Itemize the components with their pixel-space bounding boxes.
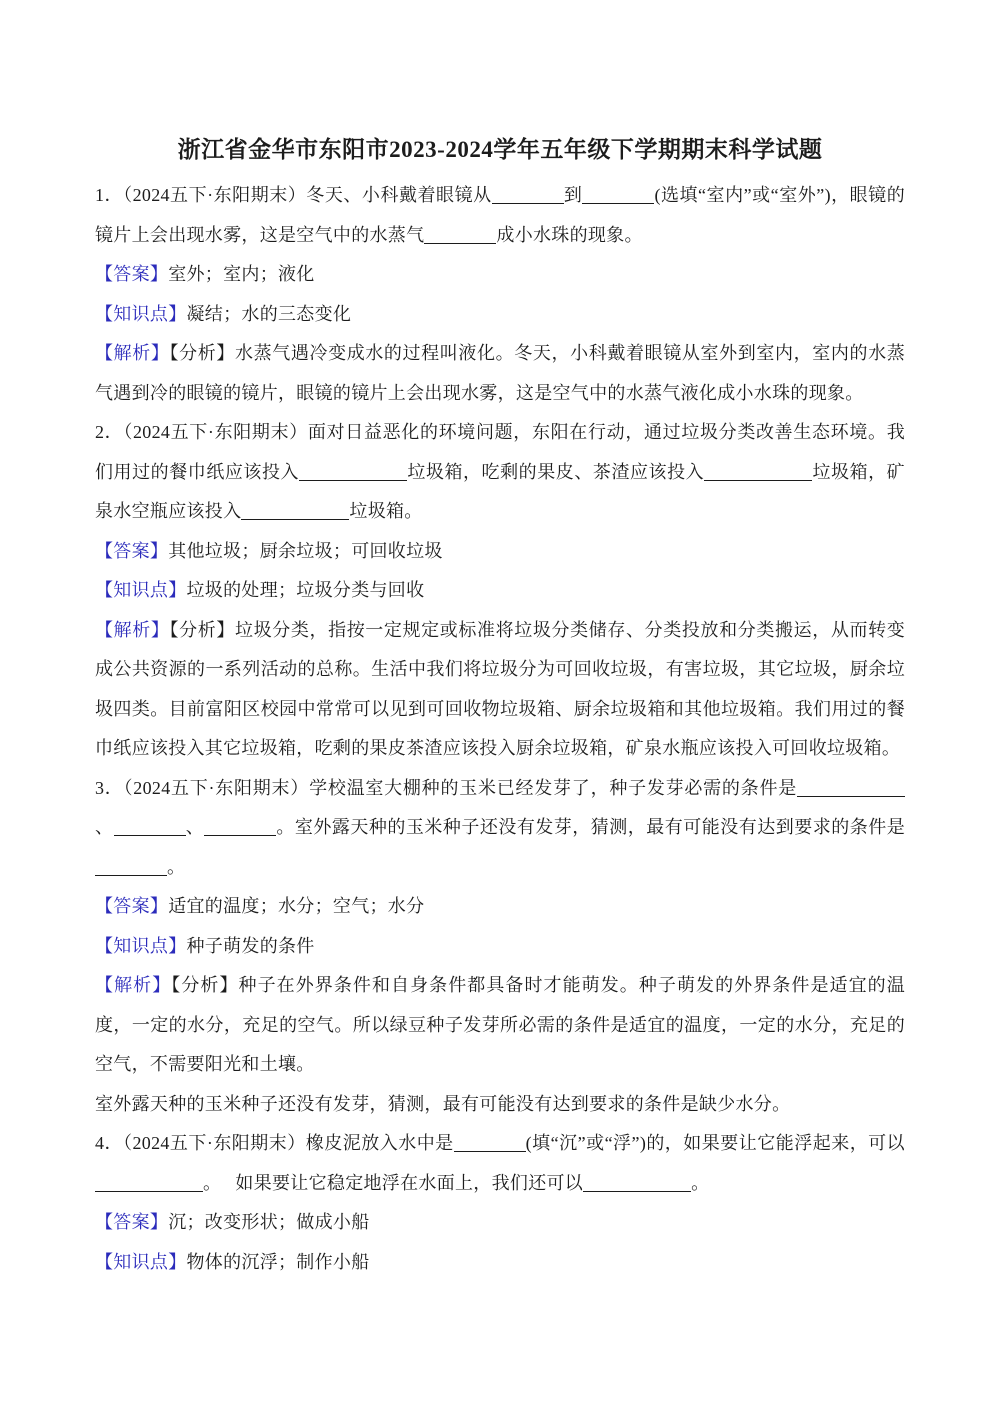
page-title: 浙江省金华市东阳市2023-2024学年五年级下学期期末科学试题 <box>95 128 905 172</box>
answer-label: 【答案】 <box>95 896 168 916</box>
questions-container: 1．（2024五下·东阳期末）冬天、小科戴着眼镜从到(选填“室内”或“室外”)，… <box>95 176 905 1282</box>
knowledge-line: 【知识点】凝结；水的三态变化 <box>95 295 905 335</box>
fill-in-blank <box>424 240 496 244</box>
answer-label: 【答案】 <box>95 1212 168 1232</box>
answer-line: 【答案】其他垃圾；厨余垃圾；可回收垃圾 <box>95 532 905 572</box>
knowledge-line: 【知识点】物体的沉浮；制作小船 <box>95 1243 905 1283</box>
fill-in-blank <box>95 872 167 876</box>
analysis-label: 【解析】 <box>95 975 171 995</box>
knowledge-label: 【知识点】 <box>95 1252 187 1272</box>
answer-line: 【答案】室外；室内；液化 <box>95 255 905 295</box>
answer-label: 【答案】 <box>95 264 168 284</box>
analysis-paragraph: 室外露天种的玉米种子还没有发芽，猜测，最有可能没有达到要求的条件是缺少水分。 <box>95 1085 905 1125</box>
knowledge-text: 种子萌发的条件 <box>187 936 315 956</box>
knowledge-label: 【知识点】 <box>95 936 187 956</box>
analysis-label: 【解析】 <box>95 620 169 640</box>
question-block: 4．（2024五下·东阳期末）橡皮泥放入水中是(填“沉”或“浮”)的，如果要让它… <box>95 1124 905 1282</box>
question-stem: 3．（2024五下·东阳期末）学校温室大棚种的玉米已经发芽了，种子发芽必需的条件… <box>95 769 905 888</box>
knowledge-text: 垃圾的处理；垃圾分类与回收 <box>187 580 425 600</box>
knowledge-text: 物体的沉浮；制作小船 <box>187 1252 370 1272</box>
analysis-text: 【分析】水蒸气遇冷变成水的过程叫液化。冬天，小科戴着眼镜从室外到室内，室内的水蒸… <box>95 343 905 403</box>
question-stem: 4．（2024五下·东阳期末）橡皮泥放入水中是(填“沉”或“浮”)的，如果要让它… <box>95 1124 905 1203</box>
question-block: 3．（2024五下·东阳期末）学校温室大棚种的玉米已经发芽了，种子发芽必需的条件… <box>95 769 905 1125</box>
answer-text: 其他垃圾；厨余垃圾；可回收垃圾 <box>168 541 443 561</box>
fill-in-blank <box>204 832 276 836</box>
answer-line: 【答案】适宜的温度；水分；空气；水分 <box>95 887 905 927</box>
fill-in-blank <box>583 1188 691 1192</box>
analysis-text: 【分析】垃圾分类，指按一定规定或标准将垃圾分类储存、分类投放和分类搬运，从而转变… <box>95 620 905 759</box>
fill-in-blank <box>582 200 654 204</box>
knowledge-text: 凝结；水的三态变化 <box>187 304 352 324</box>
fill-in-blank <box>492 200 564 204</box>
question-block: 2．（2024五下·东阳期末）面对日益恶化的环境问题，东阳在行动，通过垃圾分类改… <box>95 413 905 769</box>
knowledge-line: 【知识点】垃圾的处理；垃圾分类与回收 <box>95 571 905 611</box>
fill-in-blank <box>454 1148 526 1152</box>
question-stem: 1．（2024五下·东阳期末）冬天、小科戴着眼镜从到(选填“室内”或“室外”)，… <box>95 176 905 255</box>
fill-in-blank <box>704 477 812 481</box>
question-stem: 2．（2024五下·东阳期末）面对日益恶化的环境问题，东阳在行动，通过垃圾分类改… <box>95 413 905 532</box>
answer-label: 【答案】 <box>95 541 168 561</box>
analysis-label: 【解析】 <box>95 343 169 363</box>
analysis-paragraph: 【解析】【分析】垃圾分类，指按一定规定或标准将垃圾分类储存、分类投放和分类搬运，… <box>95 611 905 769</box>
knowledge-label: 【知识点】 <box>95 304 187 324</box>
fill-in-blank <box>114 832 186 836</box>
fill-in-blank <box>299 477 407 481</box>
answer-line: 【答案】沉；改变形状；做成小船 <box>95 1203 905 1243</box>
fill-in-blank <box>797 793 905 797</box>
answer-text: 适宜的温度；水分；空气；水分 <box>168 896 424 916</box>
answer-text: 沉；改变形状；做成小船 <box>168 1212 369 1232</box>
analysis-paragraph: 【解析】【分析】种子在外界条件和自身条件都具备时才能萌发。种子萌发的外界条件是适… <box>95 966 905 1085</box>
analysis-paragraph: 【解析】【分析】水蒸气遇冷变成水的过程叫液化。冬天，小科戴着眼镜从室外到室内，室… <box>95 334 905 413</box>
analysis-text: 【分析】种子在外界条件和自身条件都具备时才能萌发。种子萌发的外界条件是适宜的温度… <box>95 975 905 1074</box>
knowledge-label: 【知识点】 <box>95 580 187 600</box>
fill-in-blank <box>95 1188 203 1192</box>
fill-in-blank <box>241 516 349 520</box>
knowledge-line: 【知识点】种子萌发的条件 <box>95 927 905 967</box>
document-page: 浙江省金华市东阳市2023-2024学年五年级下学期期末科学试题 1．（2024… <box>0 0 1000 1414</box>
question-block: 1．（2024五下·东阳期末）冬天、小科戴着眼镜从到(选填“室内”或“室外”)，… <box>95 176 905 413</box>
answer-text: 室外；室内；液化 <box>168 264 314 284</box>
